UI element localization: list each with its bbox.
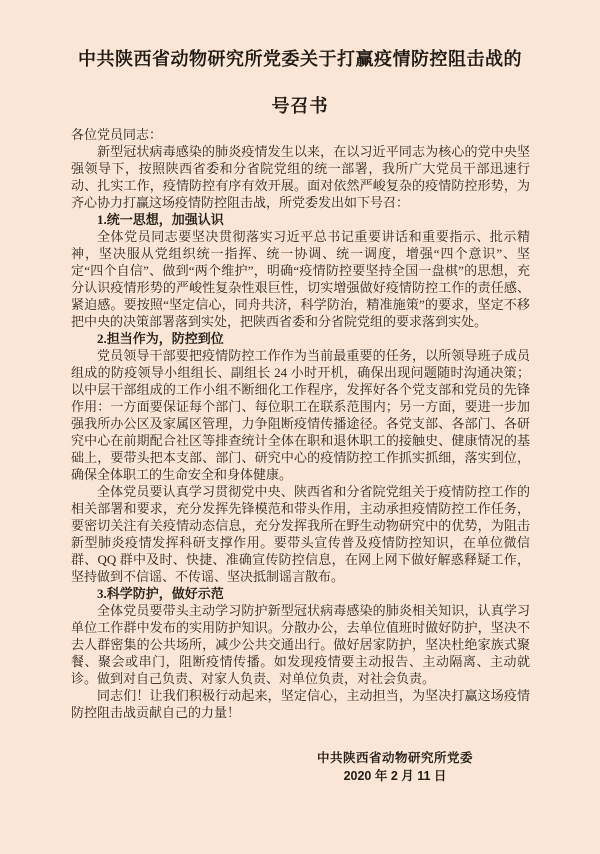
document-title-line2: 号召书 <box>0 96 600 116</box>
salutation: 各位党员同志： <box>71 126 530 143</box>
document-body: 各位党员同志： 新型冠状病毒感染的肺炎疫情发生以来，在以习近平同志为核心的党中央… <box>71 126 530 721</box>
paragraph-section1: 全体党员同志要坚决贯彻落实习近平总书记重要讲话和重要指示、批示精神，坚决服从党组… <box>71 228 530 330</box>
paragraph-intro: 新型冠状病毒感染的肺炎疫情发生以来，在以习近平同志为核心的党中央坚强领导下，按照… <box>71 143 530 211</box>
paragraph-section2-b: 全体党员要认真学习贯彻党中央、陕西省和分省院党组关于疫情防控工作的相关部署和要求… <box>71 483 530 585</box>
document-title-line1: 中共陕西省动物研究所党委关于打赢疫情防控阻击战的 <box>0 0 600 70</box>
signature-date: 2020 年 2 月 11 日 <box>275 767 515 785</box>
document-page: 中共陕西省动物研究所党委关于打赢疫情防控阻击战的 号召书 各位党员同志： 新型冠… <box>0 0 600 854</box>
section-heading-3: 3.科学防护，做好示范 <box>71 585 530 602</box>
paragraph-section3: 全体党员要带头主动学习防护新型冠状病毒感染的肺炎相关知识，认真学习单位工作群中发… <box>71 602 530 687</box>
signature-organization: 中共陕西省动物研究所党委 <box>275 749 515 767</box>
paragraph-section2-a: 党员领导干部要把疫情防控工作作为当前最重要的任务，以所领导班子成员组成的防疫领导… <box>71 347 530 483</box>
section-heading-1: 1.统一思想，加强认识 <box>71 211 530 228</box>
signature-block: 中共陕西省动物研究所党委 2020 年 2 月 11 日 <box>275 749 515 785</box>
section-heading-2: 2.担当作为，防控到位 <box>71 330 530 347</box>
paragraph-closing: 同志们！让我们积极行动起来，坚定信心，主动担当，为坚决打赢这场疫情防控阻击战贡献… <box>71 687 530 721</box>
